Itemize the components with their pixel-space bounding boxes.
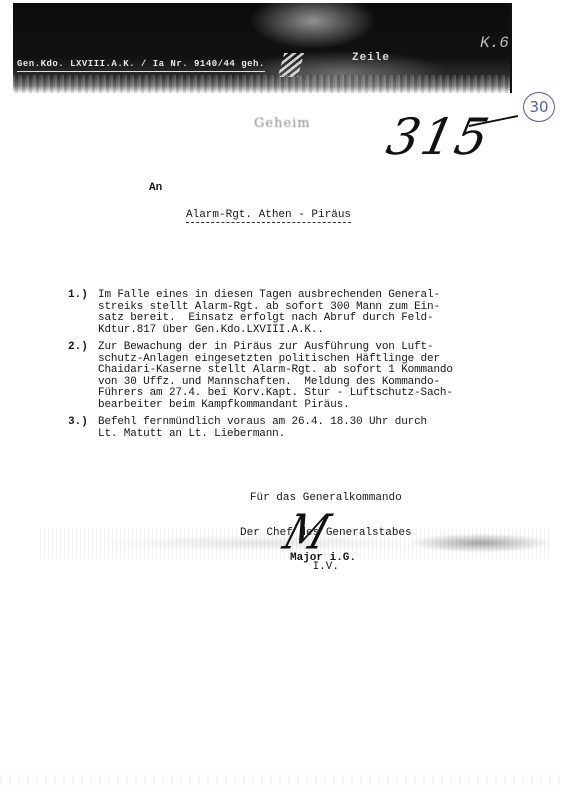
photocopy-header-band bbox=[13, 3, 512, 93]
document-page: Gen.Kdo. LXVIII.A.K. / Ia Nr. 9140/44 ge… bbox=[0, 0, 567, 800]
emblem-icon bbox=[278, 53, 304, 77]
recipient-prefix: An bbox=[149, 182, 162, 194]
header-middle-text: Zeile bbox=[352, 52, 390, 64]
header-right-text: K.6 bbox=[480, 34, 509, 52]
signoff-block: Für das Generalkommando Der Chef des Gen… bbox=[240, 470, 412, 597]
item-number: 1.) bbox=[68, 290, 98, 336]
signatory-rank: Major i.G. bbox=[290, 552, 356, 564]
handwritten-page-number: 315 bbox=[382, 108, 496, 166]
signoff-line: Der Chef des Generalstabes bbox=[240, 528, 412, 540]
faded-stamp: Geheim bbox=[254, 116, 311, 131]
order-item: 1.) Im Falle eines in diesen Tagen ausbr… bbox=[68, 290, 488, 336]
signoff-line: Für das Generalkommando bbox=[240, 493, 412, 505]
item-text: Im Falle eines in diesen Tagen ausbreche… bbox=[98, 290, 440, 336]
archive-number-circled: 30 bbox=[523, 92, 555, 122]
item-text: Zur Bewachung der in Piräus zur Ausführu… bbox=[98, 342, 453, 411]
order-items: 1.) Im Falle eines in diesen Tagen ausbr… bbox=[68, 290, 488, 446]
header-reference: Gen.Kdo. LXVIII.A.K. / Ia Nr. 9140/44 ge… bbox=[17, 59, 265, 72]
order-item: 2.) Zur Bewachung der in Piräus zur Ausf… bbox=[68, 342, 488, 411]
recipient-name: Alarm-Rgt. Athen - Piräus bbox=[186, 209, 351, 223]
item-text: Befehl fernmündlich voraus am 26.4. 18.3… bbox=[98, 417, 427, 440]
item-number: 2.) bbox=[68, 342, 98, 411]
item-number: 3.) bbox=[68, 417, 98, 440]
photocopy-noise-bottom bbox=[0, 775, 567, 785]
order-item: 3.) Befehl fernmündlich voraus am 26.4. … bbox=[68, 417, 488, 440]
